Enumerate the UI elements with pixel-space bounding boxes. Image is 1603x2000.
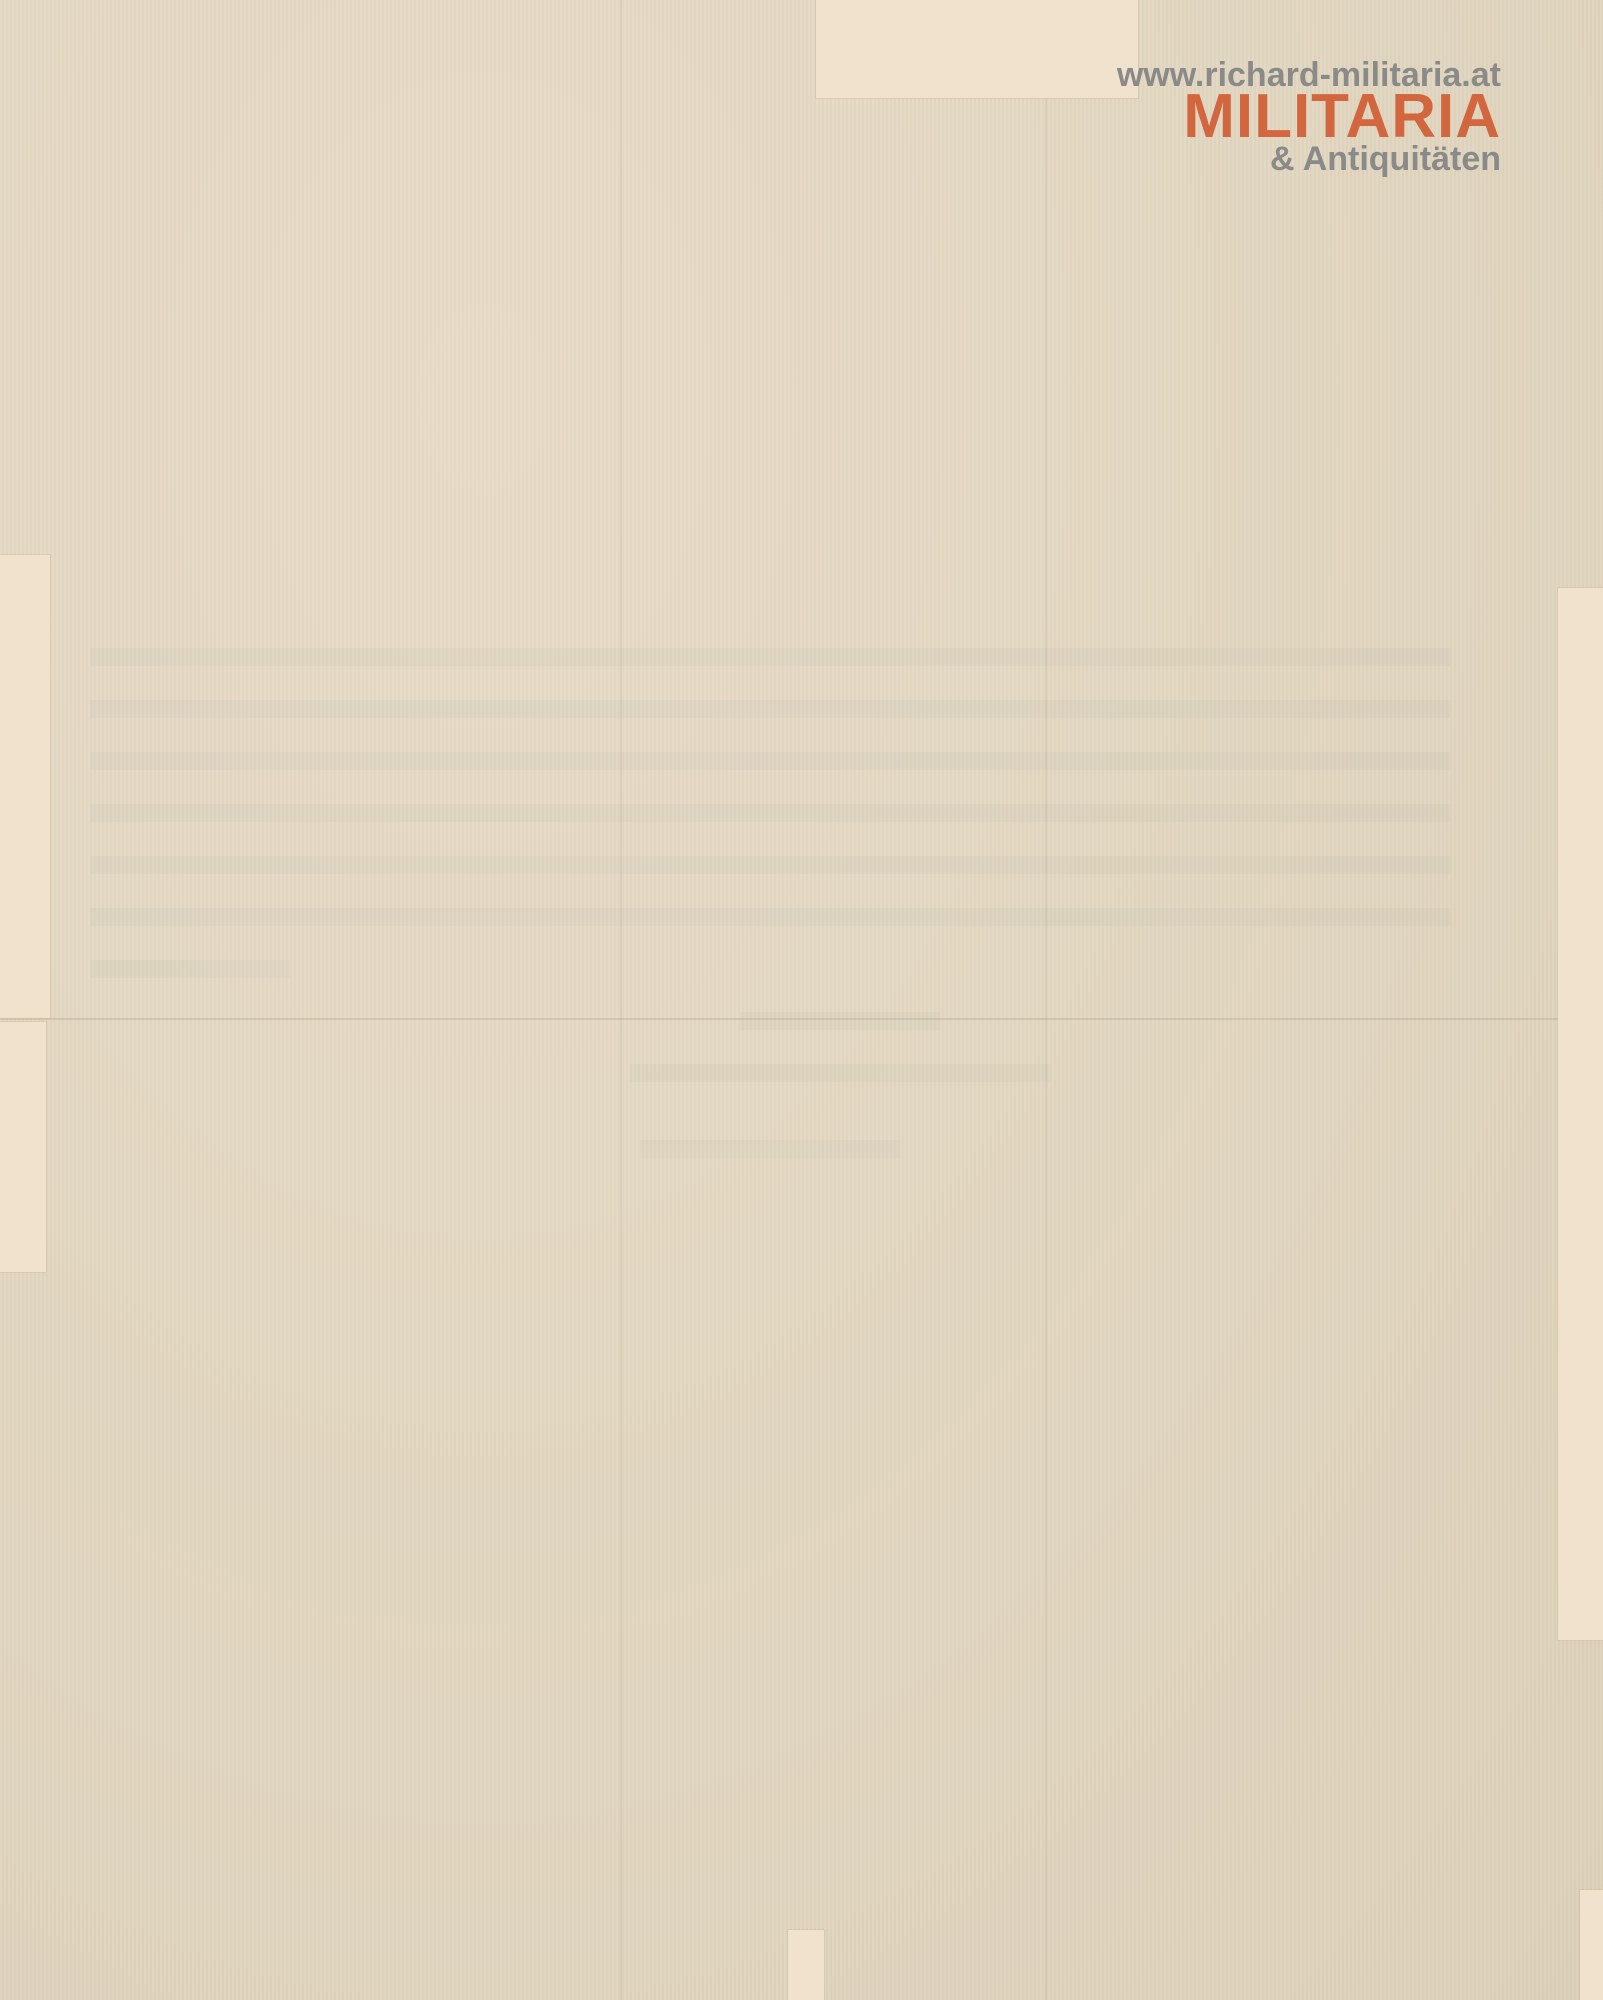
tape-strip-left-lower <box>0 1022 46 1272</box>
tape-strip-bottom <box>788 1930 824 2000</box>
bleed-through-typed-block <box>90 640 1450 1160</box>
watermark-subtitle: & Antiquitäten <box>1117 142 1501 176</box>
watermark-brand: MILITARIA <box>1117 86 1501 148</box>
watermark-logo: www.richard-militaria.at MILITARIA & Ant… <box>1117 58 1501 176</box>
tape-strip-right <box>1558 588 1603 1640</box>
tape-strip-bottom-right <box>1580 1890 1603 2000</box>
tape-strip-left-upper <box>0 555 50 1018</box>
tape-strip-top <box>816 0 1138 98</box>
